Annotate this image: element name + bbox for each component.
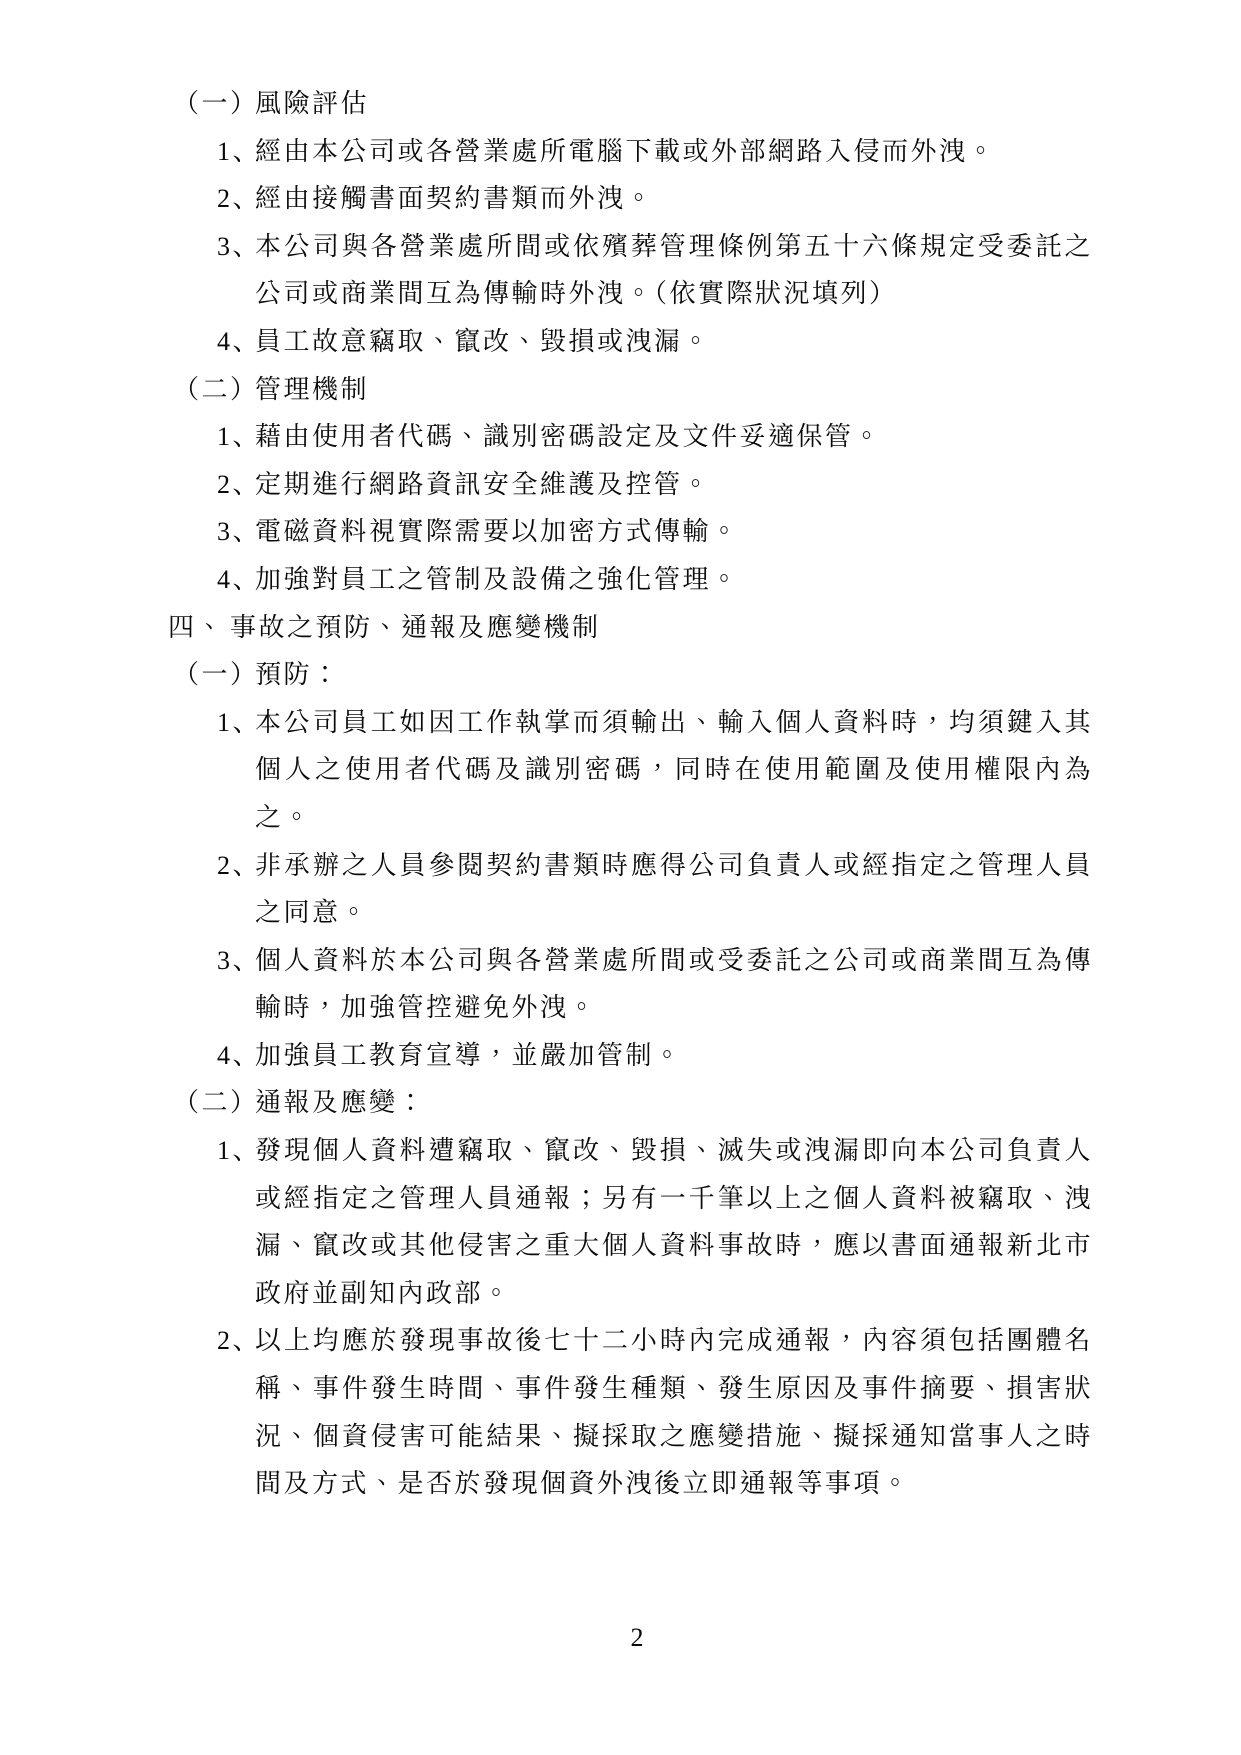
text-line: 經由接觸書面契約書類而外洩。: [255, 175, 1093, 223]
paragraph: 四、事故之預防、通報及應變機制: [230, 604, 1093, 652]
text-line: 經由本公司或各營業處所電腦下載或外部網路入侵而外洩。: [255, 128, 1093, 176]
list-marker: 2、: [217, 842, 261, 890]
paragraph: （二）通報及應變：: [255, 1079, 1093, 1127]
list-marker: （一）: [173, 80, 259, 128]
paragraph: 3、電磁資料視實際需要以加密方式傳輸。: [255, 508, 1093, 556]
list-marker: 2、: [217, 175, 261, 223]
list-marker: 4、: [217, 318, 261, 366]
text-line: 加強員工教育宣導，並嚴加管制。: [255, 1032, 1093, 1080]
text-line: 漏、竄改或其他侵害之重大個人資料事故時，應以書面通報新北市: [255, 1222, 1093, 1270]
text-line: 況、個資侵害可能結果、擬採取之應變措施、擬採通知當事人之時: [255, 1413, 1093, 1461]
text-line: 間及方式、是否於發現個資外洩後立即通報等事項。: [255, 1460, 1093, 1508]
paragraph: 3、個人資料於本公司與各營業處所間或受委託之公司或商業間互為傳輸時，加強管控避免…: [255, 937, 1093, 1032]
paragraph: 1、藉由使用者代碼、識別密碼設定及文件妥適保管。: [255, 413, 1093, 461]
list-marker: 1、: [217, 128, 261, 176]
text-line: 定期進行網路資訊安全維護及控管。: [255, 461, 1093, 509]
paragraph: 2、以上均應於發現事故後七十二小時內完成通報，內容須包括團體名稱、事件發生時間、…: [255, 1317, 1093, 1507]
paragraph: （一）預防：: [255, 651, 1093, 699]
list-marker: （一）: [173, 651, 259, 699]
text-line: 預防：: [255, 651, 1093, 699]
paragraph: 4、員工故意竊取、竄改、毀損或洩漏。: [255, 318, 1093, 366]
text-line: 員工故意竊取、竄改、毀損或洩漏。: [255, 318, 1093, 366]
paragraph: （一）風險評估: [255, 80, 1093, 128]
text-line: 政府並副知內政部。: [255, 1270, 1093, 1318]
list-marker: 3、: [217, 223, 261, 271]
list-marker: 1、: [217, 699, 261, 747]
text-line: 電磁資料視實際需要以加密方式傳輸。: [255, 508, 1093, 556]
text-line: 事故之預防、通報及應變機制: [230, 604, 1093, 652]
list-marker: 四、: [168, 604, 225, 652]
list-marker: 3、: [217, 937, 261, 985]
paragraph: 3、本公司與各營業處所間或依殯葬管理條例第五十六條規定受委託之公司或商業間互為傳…: [255, 223, 1093, 318]
text-line: 管理機制: [255, 366, 1093, 414]
list-marker: 4、: [217, 1032, 261, 1080]
list-marker: （二）: [173, 366, 259, 414]
text-line: 輸時，加強管控避免外洩。: [255, 984, 1093, 1032]
text-line: 本公司與各營業處所間或依殯葬管理條例第五十六條規定受委託之: [255, 223, 1093, 271]
document-body: （一）風險評估1、經由本公司或各營業處所電腦下載或外部網路入侵而外洩。2、經由接…: [0, 80, 1241, 1508]
text-line: 通報及應變：: [255, 1079, 1093, 1127]
list-marker: 2、: [217, 1317, 261, 1365]
document-page: { "document": { "language": "zh-Hant", "…: [0, 0, 1241, 1755]
paragraph: 2、經由接觸書面契約書類而外洩。: [255, 175, 1093, 223]
list-marker: 2、: [217, 461, 261, 509]
text-line: 個人之使用者代碼及識別密碼，同時在使用範圍及使用權限內為: [255, 746, 1093, 794]
list-marker: 3、: [217, 508, 261, 556]
paragraph: （二）管理機制: [255, 366, 1093, 414]
text-line: 之。: [255, 794, 1093, 842]
paragraph: 2、非承辦之人員參閱契約書類時應得公司負責人或經指定之管理人員之同意。: [255, 842, 1093, 937]
text-line: 以上均應於發現事故後七十二小時內完成通報，內容須包括團體名: [255, 1317, 1093, 1365]
paragraph: 2、定期進行網路資訊安全維護及控管。: [255, 461, 1093, 509]
page-number: 2: [33, 1622, 1241, 1654]
paragraph: 4、加強對員工之管制及設備之強化管理。: [255, 556, 1093, 604]
text-line: 本公司員工如因工作執掌而須輸出、輸入個人資料時，均須鍵入其: [255, 699, 1093, 747]
text-line: 藉由使用者代碼、識別密碼設定及文件妥適保管。: [255, 413, 1093, 461]
paragraph: 1、本公司員工如因工作執掌而須輸出、輸入個人資料時，均須鍵入其個人之使用者代碼及…: [255, 699, 1093, 842]
text-line: 稱、事件發生時間、事件發生種類、發生原因及事件摘要、損害狀: [255, 1365, 1093, 1413]
text-line: 發現個人資料遭竊取、竄改、毀損、滅失或洩漏即向本公司負責人: [255, 1127, 1093, 1175]
list-marker: 1、: [217, 1127, 261, 1175]
text-line: 個人資料於本公司與各營業處所間或受委託之公司或商業間互為傳: [255, 937, 1093, 985]
paragraph: 1、經由本公司或各營業處所電腦下載或外部網路入侵而外洩。: [255, 128, 1093, 176]
text-line: 之同意。: [255, 889, 1093, 937]
paragraph: 1、發現個人資料遭竊取、竄改、毀損、滅失或洩漏即向本公司負責人或經指定之管理人員…: [255, 1127, 1093, 1317]
text-line: 非承辦之人員參閱契約書類時應得公司負責人或經指定之管理人員: [255, 842, 1093, 890]
text-line: 或經指定之管理人員通報；另有一千筆以上之個人資料被竊取、洩: [255, 1175, 1093, 1223]
list-marker: 1、: [217, 413, 261, 461]
text-line: 加強對員工之管制及設備之強化管理。: [255, 556, 1093, 604]
text-line: 風險評估: [255, 80, 1093, 128]
list-marker: 4、: [217, 556, 261, 604]
text-line: 公司或商業間互為傳輸時外洩。（依實際狀況填列）: [255, 270, 1093, 318]
list-marker: （二）: [173, 1079, 259, 1127]
paragraph: 4、加強員工教育宣導，並嚴加管制。: [255, 1032, 1093, 1080]
